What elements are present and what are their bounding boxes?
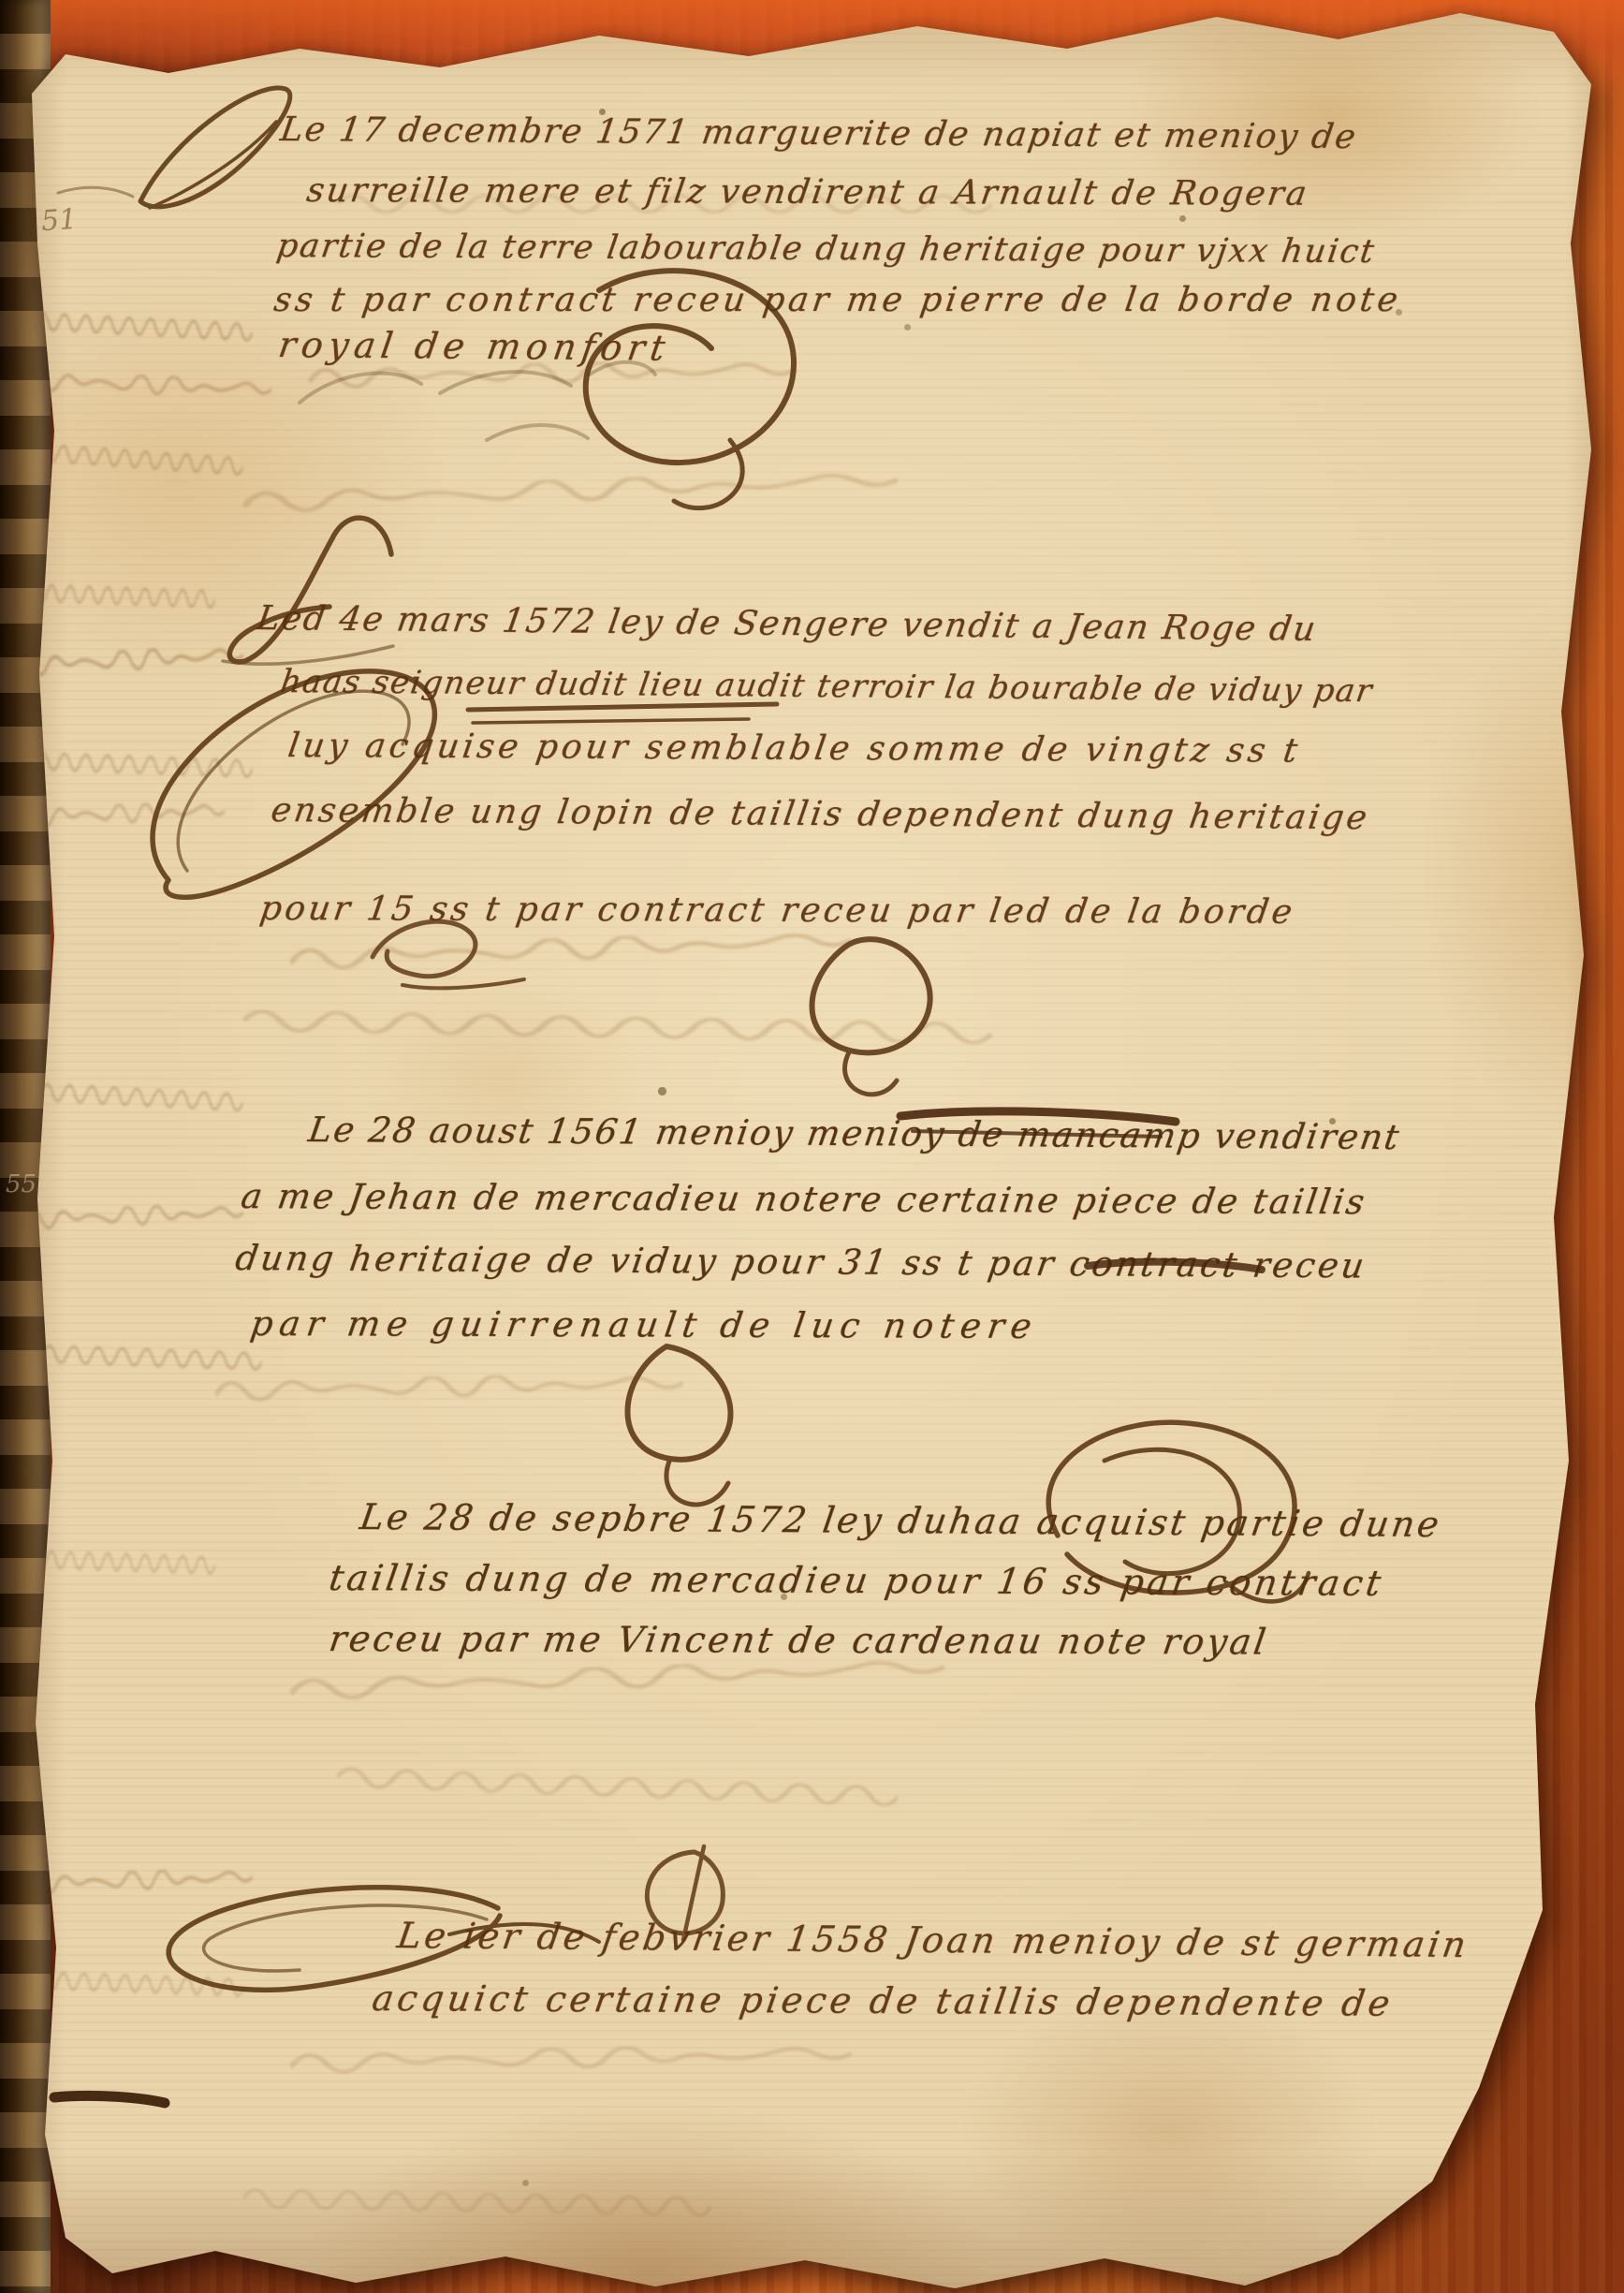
ink-bleedthrough (28, 371, 272, 404)
manuscript-line: ss t par contract receu par me pierre de… (271, 281, 1404, 319)
ink-bleedthrough (215, 1372, 683, 1406)
ink-bleedthrough (37, 309, 253, 345)
ink-bleedthrough (28, 1202, 244, 1234)
ink-bleedthrough (18, 1079, 243, 1115)
manuscript-line: partie de la terre labourable dung herit… (274, 228, 1378, 271)
manuscript-line: Le ier de febvrier 1558 Joan menioy de s… (395, 1915, 1472, 1965)
ink-bleedthrough (18, 643, 243, 682)
ink-bleedthrough (242, 468, 899, 519)
manuscript-line: haas seigneur dudit lieu audit terroir l… (278, 663, 1376, 710)
parchment-page: 51 Le 17 decembre 1571 marguerite de nap… (0, 0, 1624, 2293)
ink-bleedthrough (37, 749, 254, 781)
manuscript-line: Le 28 aoust 1561 menioy menioy de mancam… (306, 1110, 1403, 1157)
ink-bleedthrough (28, 801, 226, 831)
ink-bleedthrough (243, 1007, 992, 1048)
ink-bleedthrough (28, 581, 216, 611)
manuscript-line: luy acquise pour semblable somme de ving… (285, 727, 1304, 771)
manuscript-line: acquict certaine piece de taillis depend… (370, 1977, 1397, 2024)
manuscript-line: receu par me Vincent de cardenau note ro… (327, 1618, 1271, 1662)
folio-number: 51 (40, 203, 79, 239)
manuscript-line: a me Jehan de mercadieu notere certaine … (239, 1176, 1369, 1222)
parchment-wrap: 51 Le 17 decembre 1571 marguerite de nap… (0, 0, 1624, 2293)
ink-bleedthrough (289, 928, 852, 976)
manuscript-line: Led 4e mars 1572 ley de Sengere vendit a… (255, 599, 1320, 649)
paraph-entry2-start (223, 518, 393, 664)
ink-bleedthrough (28, 1867, 254, 1899)
paraph-entry3-left-oval (153, 671, 777, 897)
ink-bleedthrough (37, 1968, 244, 2000)
manuscript-line: taillis dung de mercadieu pour 16 ss par… (327, 1557, 1387, 1604)
edge-mark: 55 (6, 1170, 37, 1198)
manuscript-line: Le 17 decembre 1571 marguerite de napiat… (278, 110, 1360, 156)
ink-bleedthrough (289, 1655, 945, 1706)
manuscript-line: pour 15 ss t par contract receu par led … (257, 889, 1297, 932)
manuscript-line: par me guirrenault de luc notere (248, 1303, 1041, 1346)
ink-bleedthrough (28, 1547, 216, 1578)
paraph-entry1-start (58, 88, 290, 208)
manuscript-line: dung heritaige de viduy pour 31 ss t par… (233, 1238, 1369, 1286)
manuscript-line: surreille mere et filz vendirent a Arnau… (304, 171, 1311, 213)
manuscript-line: royal de monfort (276, 324, 674, 369)
ink-specks (0, 0, 3, 3)
ink-bleedthrough (337, 1764, 900, 1810)
bottom-ink-dash (54, 2095, 165, 2103)
manuscript-photo: 51 Le 17 decembre 1571 marguerite de nap… (0, 0, 1624, 2293)
manuscript-line: Le 28 de sepbre 1572 ley duhaa acquist p… (358, 1496, 1444, 1545)
manuscript-line: ensemble ung lopin de taillis dependent … (269, 791, 1372, 837)
ink-bleedthrough (19, 1341, 263, 1374)
ink-bleedthrough (243, 2185, 711, 2220)
ink-bleedthrough (290, 2043, 852, 2079)
paraph-entry4-above (627, 1346, 730, 1505)
ink-bleedthrough (37, 440, 243, 478)
